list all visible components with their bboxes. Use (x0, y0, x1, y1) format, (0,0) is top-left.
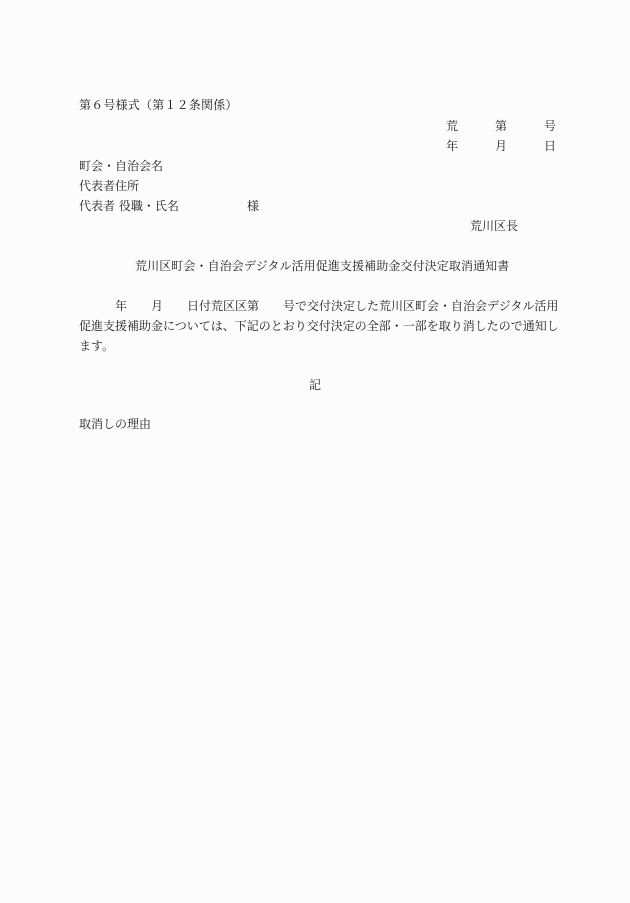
representative-label: 代表者 役職・氏名 (79, 199, 179, 213)
reference-dai: 第 (495, 118, 507, 134)
addressee-representative: 代表者 役職・氏名 様 (79, 198, 179, 214)
document-title: 荒川区町会・自治会デジタル活用促進支援補助金交付決定取消通知書 (135, 258, 509, 274)
date-month: 月 (495, 138, 507, 154)
date-year: 年 (446, 138, 458, 154)
addressee-address: 代表者住所 (79, 178, 139, 194)
body-line-3: ます。 (79, 336, 555, 356)
body-paragraph: 年月日付荒区区第号で交付決定した荒川区町会・自治会デジタル活用 促進支援補助金に… (79, 296, 555, 356)
ki-heading: 記 (309, 377, 321, 393)
honorific: 様 (247, 198, 259, 214)
body-number-suffix: 号で交付決定した荒川区町会・自治会デジタル活用 (283, 299, 558, 313)
body-year: 年 (115, 299, 127, 313)
reference-prefix: 荒 (446, 118, 458, 134)
body-month: 月 (151, 299, 163, 313)
body-line-1: 年月日付荒区区第号で交付決定した荒川区町会・自治会デジタル活用 (79, 296, 555, 316)
body-line-2: 促進支援補助金については、下記のとおり交付決定の全部・一部を取り消したので通知し (79, 316, 555, 336)
date-day: 日 (544, 138, 556, 154)
cancellation-reason-heading: 取消しの理由 (79, 416, 151, 432)
reference-number-row: 荒 第 号 (446, 118, 556, 134)
reference-go: 号 (544, 118, 556, 134)
form-number: 第６号様式（第１２条関係） (79, 97, 238, 113)
addressee-organization: 町会・自治会名 (79, 158, 163, 174)
document-page: 第６号様式（第１２条関係） 荒 第 号 年 月 日 町会・自治会名 代表者住所 … (0, 0, 630, 903)
body-day-ref: 日付荒区区第 (187, 299, 259, 313)
date-row: 年 月 日 (446, 138, 556, 154)
issuer: 荒川区長 (470, 218, 518, 234)
